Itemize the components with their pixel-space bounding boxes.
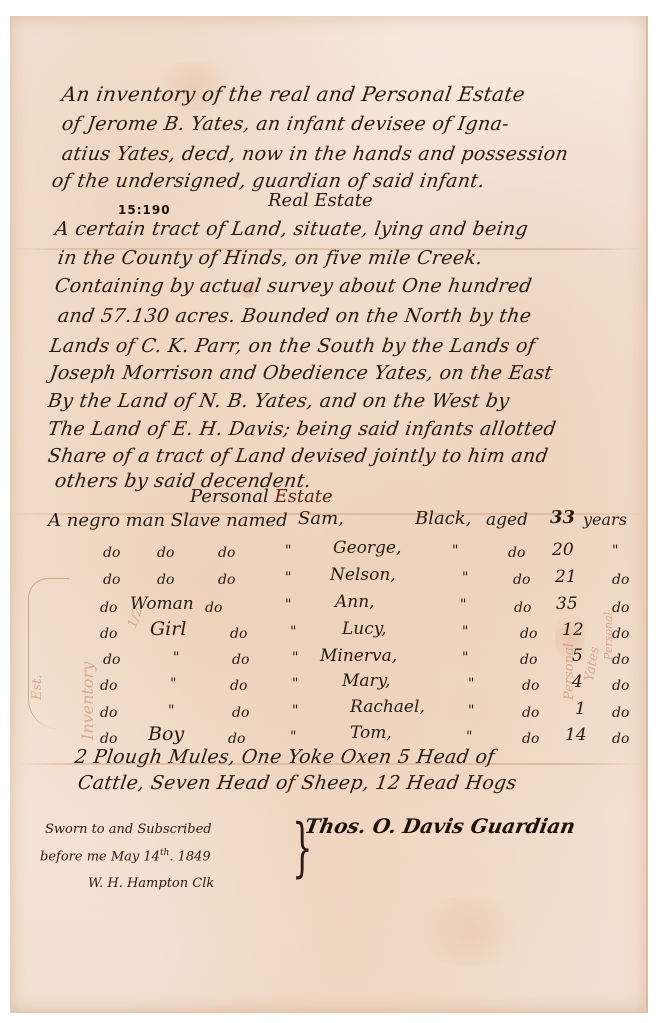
ditto-mark: do xyxy=(100,600,117,616)
ditto-mark: " xyxy=(290,729,296,745)
slave-category: Girl xyxy=(150,618,186,640)
slave-age: 20 xyxy=(552,540,574,560)
ditto-mark: do xyxy=(612,626,629,642)
ditto-mark: " xyxy=(452,543,458,559)
real-estate-line: Share of a tract of Land devised jointly… xyxy=(46,445,549,467)
ditto-mark: do xyxy=(100,626,117,642)
real-estate-line: in the County of Hinds, on five mile Cre… xyxy=(56,247,484,269)
jurat-clerk: W. H. Hampton Clk xyxy=(88,876,214,891)
intro-line-2: of Jerome B. Yates, an infant devisee of… xyxy=(60,113,510,135)
ditto-mark: do xyxy=(230,678,247,694)
slave-age: 33 xyxy=(550,507,575,528)
ditto-mark: " xyxy=(285,597,291,613)
margin-note: 15:190 xyxy=(118,203,171,217)
ditto-mark: do xyxy=(100,705,117,721)
ditto-mark: do xyxy=(612,731,629,747)
ditto-mark: do xyxy=(218,572,235,588)
ditto-mark: " xyxy=(173,650,179,666)
ditto-mark: do xyxy=(218,545,235,561)
jurat-date: before me May 14 xyxy=(40,849,160,864)
slave-name: Ann, xyxy=(335,592,375,612)
real-estate-line: Joseph Morrison and Obedience Yates, on … xyxy=(48,362,554,384)
ditto-mark: " xyxy=(462,570,468,586)
ditto-mark: do xyxy=(228,731,245,747)
slave-category: Woman xyxy=(130,594,194,614)
ditto-mark: " xyxy=(292,703,298,719)
ditto-mark: do xyxy=(508,545,525,561)
slave-name: Nelson, xyxy=(330,565,396,585)
slave-first-line-prefix: A negro man Slave named xyxy=(48,510,288,531)
real-estate-line: A certain tract of Land, situate, lying … xyxy=(53,218,529,240)
ditto-mark: do xyxy=(612,652,629,668)
slave-age: 5 xyxy=(572,646,583,666)
slave-aged-label: aged xyxy=(486,510,528,530)
slave-age: 12 xyxy=(562,620,584,640)
ditto-mark: do xyxy=(520,626,537,642)
ditto-mark: do xyxy=(612,705,629,721)
ditto-mark: do xyxy=(514,600,531,616)
margin-bracket-mark xyxy=(28,578,69,729)
ditto-mark: do xyxy=(103,652,120,668)
ditto-mark: do xyxy=(103,572,120,588)
jurat-year: . 1849 xyxy=(169,849,210,864)
real-estate-line: Containing by actual survey about One hu… xyxy=(53,275,533,297)
ditto-mark: do xyxy=(232,705,249,721)
ditto-mark: do xyxy=(612,678,629,694)
ditto-mark: do xyxy=(100,731,117,747)
slave-age: 14 xyxy=(565,725,587,745)
slave-name: Tom, xyxy=(350,723,392,743)
real-estate-line: By the Land of N. B. Yates, and on the W… xyxy=(46,390,510,412)
ditto-mark: " xyxy=(468,676,474,692)
ditto-mark: do xyxy=(522,705,539,721)
ditto-mark: " xyxy=(462,624,468,640)
ditto-mark: " xyxy=(466,729,472,745)
ditto-mark: " xyxy=(168,703,174,719)
slave-category: Boy xyxy=(148,723,184,745)
ditto-mark: do xyxy=(522,678,539,694)
slave-name: Mary, xyxy=(342,671,390,691)
slave-name: Sam, xyxy=(298,508,344,529)
slave-name: Rachael, xyxy=(350,697,425,717)
slave-age-unit: years xyxy=(583,510,627,529)
slave-name: Lucy, xyxy=(342,619,387,639)
personal-estate-heading-word1: Personal xyxy=(190,486,269,507)
ditto-mark: " xyxy=(460,597,466,613)
ghost-text: Inventory xyxy=(78,662,97,740)
slave-age: 4 xyxy=(572,672,583,692)
real-estate-line: The Land of E. H. Davis; being said infa… xyxy=(46,418,557,440)
livestock-line-2: Cattle, Seven Head of Sheep, 12 Head Hog… xyxy=(76,772,518,794)
ditto-mark: do xyxy=(157,572,174,588)
ditto-mark: do xyxy=(612,600,629,616)
real-estate-line: Lands of C. K. Parr, on the South by the… xyxy=(48,335,536,357)
ghost-text: Est. xyxy=(30,674,45,700)
paper-stain xyxy=(410,896,530,966)
slave-name: Minerva, xyxy=(320,646,397,666)
ditto-mark: " xyxy=(462,650,468,666)
slave-age: 21 xyxy=(555,567,577,587)
real-estate-line: and 57.130 acres. Bounded on the North b… xyxy=(56,305,532,327)
real-estate-heading: Real Estate xyxy=(268,190,373,211)
intro-line-1: An inventory of the real and Personal Es… xyxy=(60,82,526,106)
livestock-line-1: 2 Plough Mules, One Yoke Oxen 5 Head of xyxy=(73,746,496,768)
ditto-mark: do xyxy=(520,652,537,668)
ditto-mark: " xyxy=(612,543,618,559)
jurat-line-1: Sworn to and Subscribed xyxy=(45,822,212,837)
personal-estate-heading: Personal Estate xyxy=(190,486,333,507)
ditto-mark: do xyxy=(230,626,247,642)
ditto-mark: " xyxy=(468,703,474,719)
ditto-mark: do xyxy=(103,545,120,561)
ditto-mark: do xyxy=(100,678,117,694)
ditto-mark: " xyxy=(290,624,296,640)
intro-line-3: atius Yates, decd, now in the hands and … xyxy=(60,143,569,165)
slave-name: George, xyxy=(333,538,401,558)
slave-color: Black, xyxy=(415,508,471,529)
personal-estate-heading-word2: Estate xyxy=(274,486,332,507)
ditto-mark: " xyxy=(292,650,298,666)
jurat-line-2: before me May 14th. 1849 xyxy=(40,848,211,864)
ditto-mark: do xyxy=(522,731,539,747)
ditto-mark: do xyxy=(157,545,174,561)
slave-age: 1 xyxy=(575,699,586,719)
slave-age: 35 xyxy=(556,594,578,614)
ditto-mark: do xyxy=(232,652,249,668)
guardian-signature: Thos. O. Davis Guardian xyxy=(303,814,577,838)
jurat-date-suffix: th xyxy=(160,848,169,858)
ditto-mark: do xyxy=(513,572,530,588)
ditto-mark: " xyxy=(285,543,291,559)
intro-line-4: of the undersigned, guardian of said inf… xyxy=(50,170,486,192)
ditto-mark: do xyxy=(612,572,629,588)
ditto-mark: " xyxy=(292,676,298,692)
ditto-mark: " xyxy=(170,676,176,692)
ditto-mark: do xyxy=(205,600,222,616)
ditto-mark: " xyxy=(285,570,291,586)
